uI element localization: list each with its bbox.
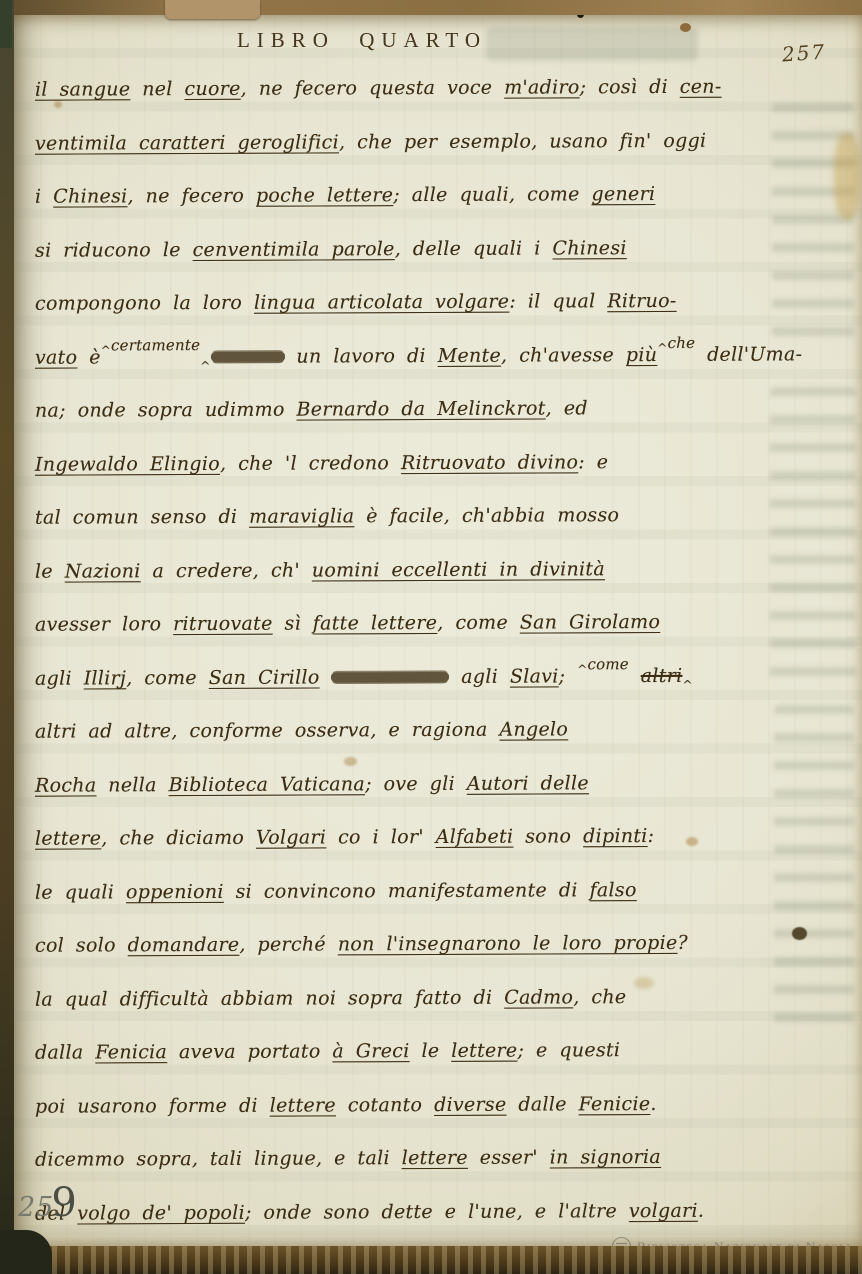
text-segment: avesser loro: [35, 613, 173, 636]
text-segment: aveva portato: [167, 1040, 332, 1063]
text-segment: si convincono manifestamente di: [224, 879, 590, 903]
text-segment: diverse: [434, 1093, 507, 1115]
insertion-caret: ^: [101, 343, 111, 357]
interlinear-insertion: che: [668, 333, 696, 351]
text-segment: [320, 666, 332, 688]
text-segment: poche lettere: [256, 184, 393, 207]
text-segment: , che per esemplo, usano fin' oggi: [339, 129, 707, 153]
text-segment: in signoria: [550, 1146, 661, 1168]
text-segment: fatte lettere: [313, 612, 438, 635]
bleed-through-smudge: [486, 27, 698, 61]
manuscript-line: le Nazioni a credere, ch' uomini eccelle…: [35, 557, 816, 587]
text-segment: , delle quali i: [395, 237, 553, 260]
text-segment: ; ove gli: [365, 772, 467, 794]
book-top-edge: [0, 0, 862, 15]
text-segment: cenventimila parole: [193, 238, 395, 261]
text-segment: vato: [35, 346, 77, 368]
text-segment: Bernardo da Melinckrot: [296, 397, 545, 420]
text-segment: , come: [126, 666, 209, 688]
text-segment: oppenioni: [126, 880, 224, 902]
text-segment: Chinesi: [552, 237, 626, 259]
text-segment: più: [626, 343, 657, 365]
text-segment: na; onde sopra udimmo: [35, 399, 297, 422]
text-segment: falso: [590, 879, 637, 901]
text-segment: Fenicie: [579, 1093, 651, 1115]
text-segment: , ch'avesse: [501, 344, 626, 367]
text-segment: sono: [513, 825, 583, 847]
manuscript-line: compongono la loro lingua articolata vol…: [35, 289, 816, 319]
text-segment: .: [650, 1092, 656, 1114]
text-segment: lettere: [402, 1147, 468, 1169]
manuscript-line: altri ad altre, conforme osserva, e ragi…: [35, 717, 816, 747]
text-segment: agli: [35, 667, 84, 689]
bleed-through-smudge: [770, 387, 856, 687]
text-segment: Rocha: [35, 774, 97, 796]
text-segment: , ne fecero questa voce: [241, 77, 505, 100]
text-segment: ventimila caratteri geroglifici: [35, 131, 339, 154]
text-segment: ; e questi: [517, 1039, 620, 1061]
text-segment: [629, 665, 641, 687]
text-segment: co i lor': [326, 826, 436, 848]
manuscript-line: na; onde sopra udimmo Bernardo da Melinc…: [35, 396, 816, 426]
insertion-caret: ^: [682, 677, 692, 691]
text-segment: maraviglia: [249, 505, 354, 527]
text-segment: Biblioteca Vaticana: [169, 773, 366, 796]
manuscript-line: col solo domandare, perché non l'insegna…: [35, 931, 816, 961]
book-bottom-edge: [0, 1246, 862, 1274]
text-segment: cen-: [680, 76, 722, 98]
text-segment: .: [698, 1199, 704, 1221]
text-segment: Alfabeti: [436, 826, 514, 848]
text-segment: cotanto: [336, 1093, 434, 1115]
text-segment: , ne fecero: [127, 185, 256, 208]
text-segment: , come: [437, 612, 520, 634]
text-segment: Cadmo: [504, 986, 573, 1008]
text-segment: à Greci: [332, 1040, 409, 1062]
insertion-caret: ^: [200, 358, 210, 372]
text-segment: San Cirillo: [209, 666, 320, 688]
text-segment: non l'insegnarono le loro propie: [338, 932, 678, 955]
pencil-foliation: 259: [18, 1183, 77, 1223]
text-segment: generi: [591, 183, 655, 205]
top-left-corner-shadow: [0, 0, 12, 48]
text-segment: dalle: [506, 1093, 578, 1115]
text-segment: poi usarono forme di: [35, 1094, 270, 1117]
paper-sheet: LIBRO QUARTO 257 il sangue nel cuore, ne…: [14, 15, 862, 1248]
strikeout-scribble: [211, 351, 285, 361]
text-segment: , perché: [239, 933, 338, 955]
text-segment: dipinti: [583, 825, 648, 847]
pencil-number-light: 25: [18, 1192, 54, 1223]
manuscript-line: Rocha nella Biblioteca Vaticana; ove gli…: [35, 771, 816, 801]
text-segment: ; alle quali, come: [393, 183, 591, 206]
text-segment: ritruovate: [173, 613, 273, 635]
text-segment: è: [77, 346, 100, 368]
text-segment: si riducono le: [35, 239, 193, 262]
folio-number: 257: [781, 39, 827, 66]
text-segment: i: [35, 186, 53, 208]
headband: [165, 0, 260, 19]
text-segment: , che: [573, 986, 626, 1008]
manuscript-line: dalla Fenicia aveva portato à Greci le l…: [35, 1038, 816, 1068]
text-segment: cuore: [184, 78, 240, 100]
manuscript-line: ventimila caratteri geroglifici, che per…: [35, 129, 816, 159]
text-segment: Autori delle: [467, 772, 589, 795]
text-segment: Mente: [438, 344, 501, 366]
text-segment: Chinesi: [53, 185, 127, 207]
manuscript-page-scan: LIBRO QUARTO 257 il sangue nel cuore, ne…: [0, 0, 862, 1274]
text-segment: , ed: [546, 397, 588, 419]
text-segment: :: [648, 825, 655, 847]
text-segment: altri: [641, 664, 683, 686]
text-segment: altri ad altre, conforme osserva, e ragi…: [35, 719, 500, 743]
manuscript-line: avesser loro ritruovate sì fatte lettere…: [35, 610, 816, 640]
text-segment: Ritruovato divino: [401, 451, 578, 474]
strikeout-scribble: [331, 671, 449, 682]
text-segment: Ritruo-: [607, 290, 676, 312]
text-segment: ;: [559, 665, 578, 687]
text-segment: a credere, ch': [141, 559, 312, 582]
text-segment: lingua articolata volgare: [254, 291, 509, 314]
text-segment: ?: [677, 932, 688, 954]
manuscript-line: i Chinesi, ne fecero poche lettere; alle…: [35, 182, 816, 212]
text-segment: dicemmo sopra, tali lingue, e tali: [35, 1147, 402, 1171]
text-segment: , che 'l credono: [220, 452, 401, 475]
text-segment: le: [410, 1040, 452, 1062]
text-segment: col solo: [35, 934, 128, 956]
text-segment: ; onde sono dette e l'une, e l'altre: [245, 1200, 629, 1224]
pencil-number-dark: 9: [51, 1180, 76, 1226]
text-segment: Slavi: [510, 665, 559, 687]
manuscript-line: dicemmo sopra, tali lingue, e tali lette…: [35, 1145, 816, 1175]
manuscript-line: agli Illirj, come San Cirillo agli Slavi…: [35, 664, 816, 694]
foxing-spot: [834, 133, 860, 219]
text-segment: sì: [273, 612, 313, 634]
text-segment: il sangue: [35, 78, 130, 100]
text-segment: lettere: [270, 1094, 336, 1116]
manuscript-line: vato è^certamente^ un lavoro di Mente, c…: [35, 343, 816, 373]
manuscript-line: Ingewaldo Elingio, che 'l credono Ritruo…: [35, 450, 816, 480]
text-segment: esser': [468, 1146, 550, 1168]
text-segment: Illirj: [84, 667, 127, 689]
text-segment: volgo de' popoli: [77, 1201, 245, 1224]
text-segment: lettere: [451, 1040, 517, 1062]
text-segment: domandare: [128, 934, 240, 956]
text-segment: è facile, ch'abbia mosso: [354, 504, 619, 527]
text-segment: la qual difficultà abbiam noi sopra fatt…: [35, 986, 504, 1010]
text-segment: le: [35, 560, 65, 582]
bottom-left-corner-shadow: [0, 1230, 52, 1274]
text-segment: m'adiro: [504, 76, 580, 98]
interlinear-insertion: come: [587, 655, 628, 673]
binding-gutter: [0, 0, 14, 1274]
insertion-caret: ^: [657, 340, 667, 354]
interlinear-insertion: certamente: [111, 335, 200, 353]
foxing-spot: [344, 757, 357, 766]
text-segment: dalla: [35, 1041, 95, 1063]
text-segment: uomini eccellenti in divinità: [312, 558, 605, 581]
text-segment: nella: [96, 774, 168, 796]
text-segment: lettere: [35, 827, 101, 849]
text-segment: : il qual: [509, 290, 607, 312]
insertion-caret: ^: [577, 662, 587, 676]
manuscript-line: lettere, che diciamo Volgari co i lor' A…: [35, 824, 816, 854]
text-segment: , che diciamo: [101, 827, 256, 850]
text-segment: Volgari: [256, 826, 326, 848]
text-segment: Fenicia: [95, 1041, 167, 1063]
manuscript-line: tal comun senso di maraviglia è facile, …: [35, 503, 816, 533]
manuscript-line: del volgo de' popoli; onde sono dette e …: [35, 1199, 816, 1229]
text-segment: nel: [130, 78, 184, 100]
text-segment: San Girolamo: [520, 611, 660, 634]
text-segment: dell'Uma-: [695, 343, 802, 365]
text-segment: : e: [578, 451, 608, 473]
text-segment: le quali: [35, 881, 126, 903]
foxing-spot: [680, 23, 691, 32]
manuscript-line: la qual difficultà abbiam noi sopra fatt…: [35, 985, 816, 1015]
page-title: LIBRO QUARTO: [232, 28, 492, 53]
text-segment: Ingewaldo Elingio: [35, 452, 220, 475]
text-segment: un lavoro di: [284, 344, 437, 367]
text-segment: tal comun senso di: [35, 506, 249, 529]
manuscript-line: poi usarono forme di lettere cotanto div…: [35, 1092, 816, 1122]
text-segment: volgari: [629, 1199, 698, 1221]
text-segment: compongono la loro: [35, 292, 254, 315]
manuscript-line: il sangue nel cuore, ne fecero questa vo…: [35, 75, 816, 105]
text-segment: Angelo: [499, 718, 568, 740]
text-segment: Nazioni: [65, 560, 141, 582]
manuscript-line: le quali oppenioni si convincono manifes…: [35, 878, 816, 908]
manuscript-line: si riducono le cenventimila parole, dell…: [35, 236, 816, 266]
text-segment: agli: [449, 665, 510, 687]
text-segment: ; così di: [580, 76, 680, 98]
